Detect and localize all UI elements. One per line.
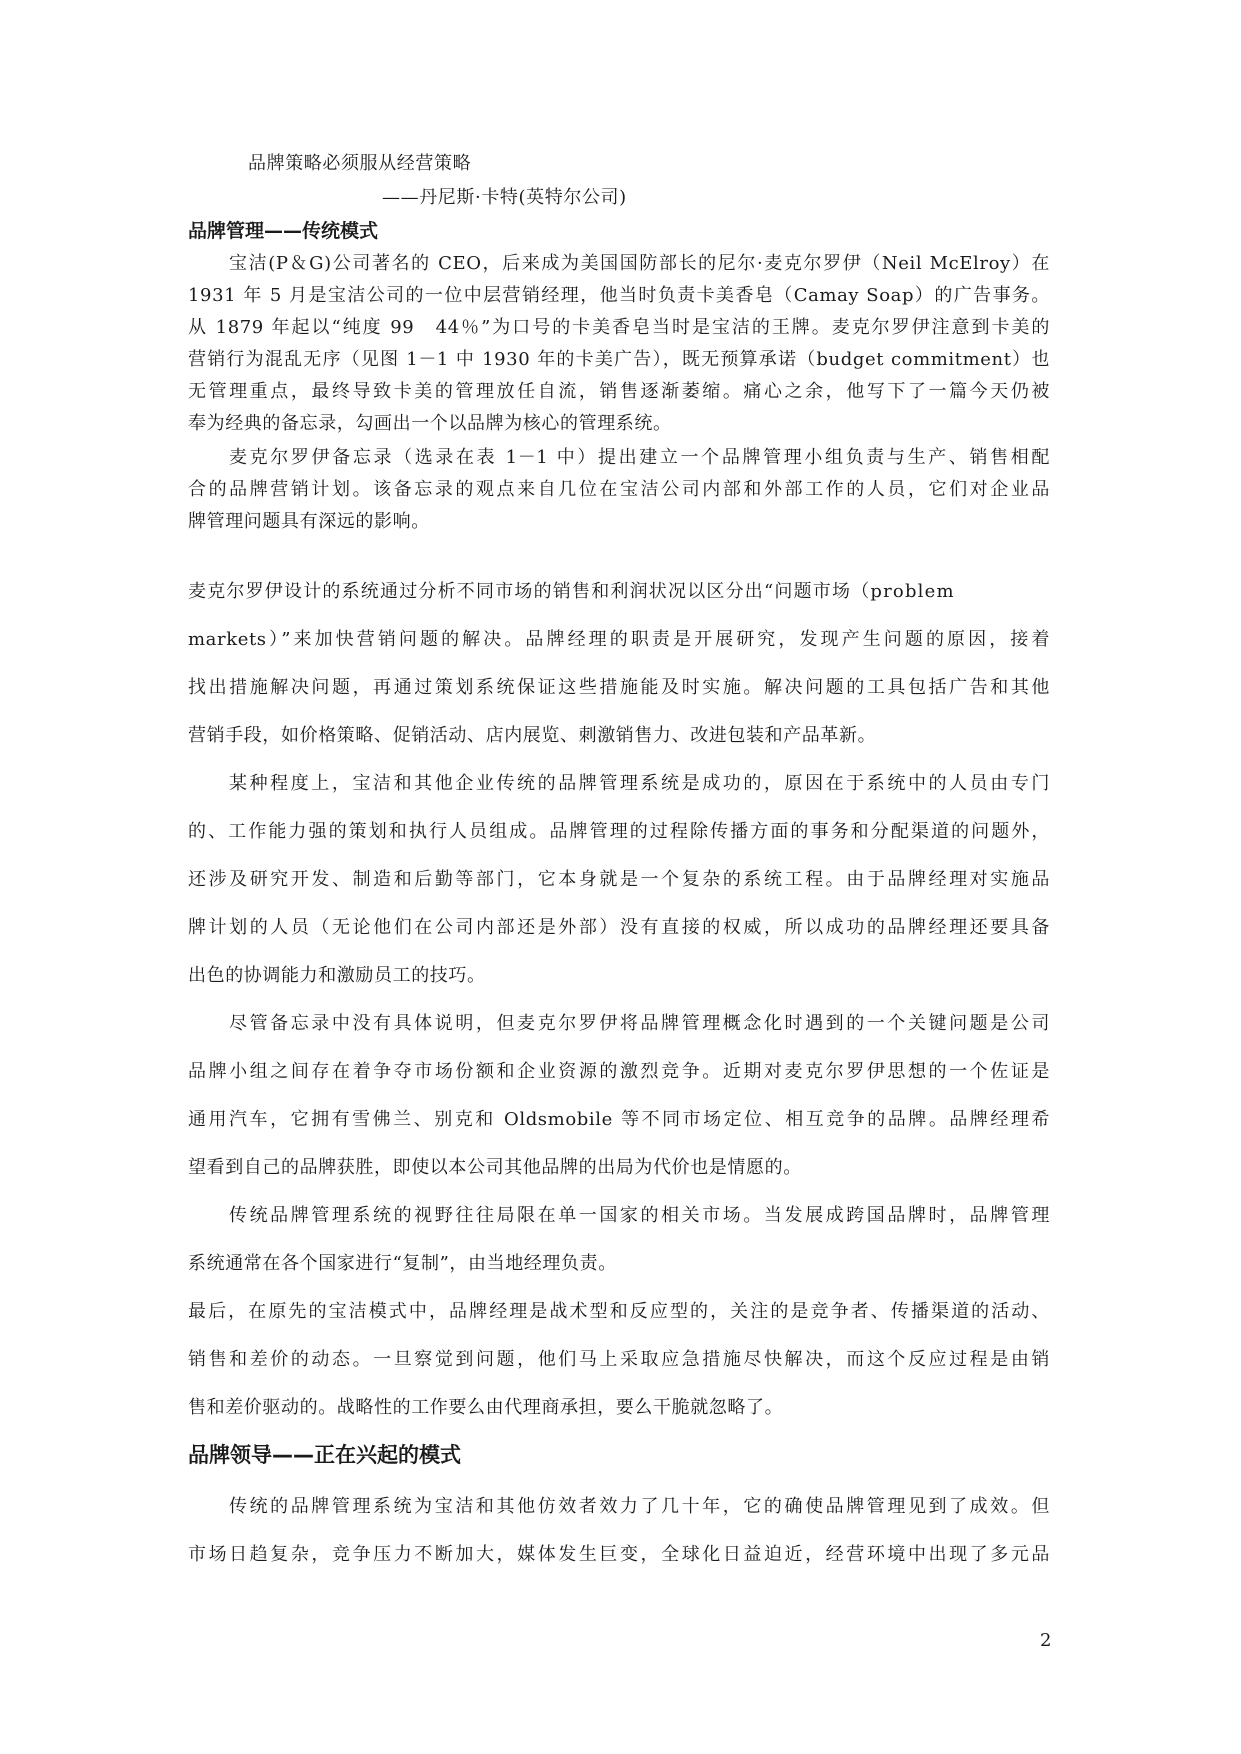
paragraph-line: 找出措施解决问题，再通过策划系统保证这些措施能及时实施。解决问题的工具包括广告和… (188, 676, 1050, 700)
epigraph-attribution: ——丹尼斯·卡特(英特尔公司) (382, 186, 627, 210)
paragraph-line: 售和差价驱动的。战略性的工作要么由代理商承担，要么干脆就忽略了。 (188, 1396, 783, 1420)
paragraph-line: 品牌小组之间存在着争夺市场份额和企业资源的激烈竞争。近期对麦克尔罗伊思想的一个佐… (188, 1060, 1050, 1084)
paragraph-line: 还涉及研究开发、制造和后勤等部门，它本身就是一个复杂的系统工程。由于品牌经理对实… (188, 868, 1050, 892)
paragraph-line: 望看到自己的品牌获胜，即使以本公司其他品牌的出局为代价也是情愿的。 (188, 1156, 802, 1180)
paragraph-line: 市场日趋复杂，竞争压力不断加大，媒体发生巨变，全球化日益迫近，经营环境中出现了多… (188, 1543, 1050, 1567)
paragraph-line: markets）”来加快营销问题的解决。品牌经理的职责是开展研究，发现产生问题的… (188, 628, 1050, 652)
paragraph-line: 营销手段，如价格策略、促销活动、店内展览、刺激销售力、改进包装和产品革新。 (188, 724, 876, 748)
paragraph-line: 麦克尔罗伊设计的系统通过分析不同市场的销售和利润状况以区分出“问题市场（prob… (188, 580, 955, 604)
paragraph-line: 麦克尔罗伊备忘录（选录在表 1－1 中）提出建立一个品牌管理小组负责与生产、销售… (229, 446, 1050, 470)
epigraph-quote: 品牌策略必须服从经营策略 (248, 152, 471, 176)
section-heading-brand-leadership: 品牌领导——正在兴起的模式 (188, 1443, 461, 1467)
document-page: 品牌策略必须服从经营策略 ——丹尼斯·卡特(英特尔公司) 品牌管理——传统模式 … (0, 0, 1241, 1754)
paragraph-line: 的、工作能力强的策划和执行人员组成。品牌管理的过程除传播方面的事务和分配渠道的问… (188, 820, 1050, 844)
paragraph-line: 1931 年 5 月是宝洁公司的一位中层营销经理，他当时负责卡美香皂（Camay… (188, 284, 1050, 308)
paragraph-line: 牌管理问题具有深远的影响。 (188, 510, 430, 534)
paragraph-line: 无管理重点，最终导致卡美的管理放任自流，销售逐渐萎缩。痛心之余，他写下了一篇今天… (188, 380, 1050, 404)
paragraph-line: 系统通常在各个国家进行“复制”，由当地经理负责。 (188, 1252, 617, 1276)
paragraph-line: 出色的协调能力和激励员工的技巧。 (188, 964, 486, 988)
paragraph-line: 奉为经典的备忘录，勾画出一个以品牌为核心的管理系统。 (188, 412, 672, 436)
paragraph-line: 最后，在原先的宝洁模式中，品牌经理是战术型和反应型的，关注的是竞争者、传播渠道的… (188, 1300, 1050, 1324)
paragraph-line: 牌计划的人员（无论他们在公司内部还是外部）没有直接的权威，所以成功的品牌经理还要… (188, 916, 1050, 940)
paragraph-line: 传统品牌管理系统的视野往往局限在单一国家的相关市场。当发展成跨国品牌时，品牌管理 (229, 1204, 1050, 1228)
section-heading-traditional-model: 品牌管理——传统模式 (188, 219, 378, 243)
page-number: 2 (1040, 1630, 1051, 1651)
paragraph-line: 宝洁(P＆G)公司著名的 CEO，后来成为美国国防部长的尼尔·麦克尔罗伊（Nei… (229, 252, 1050, 276)
paragraph-line: 合的品牌营销计划。该备忘录的观点来自几位在宝洁公司内部和外部工作的人员，它们对企… (188, 478, 1050, 502)
paragraph-line: 从 1879 年起以“纯度 99 44％”为口号的卡美香皂当时是宝洁的王牌。麦克… (188, 316, 1050, 340)
paragraph-line: 尽管备忘录中没有具体说明，但麦克尔罗伊将品牌管理概念化时遇到的一个关键问题是公司 (229, 1012, 1050, 1036)
paragraph-line: 通用汽车，它拥有雪佛兰、别克和 Oldsmobile 等不同市场定位、相互竞争的… (188, 1108, 1050, 1132)
paragraph-line: 传统的品牌管理系统为宝洁和其他仿效者效力了几十年，它的确使品牌管理见到了成效。但 (229, 1495, 1050, 1519)
paragraph-line: 营销行为混乱无序（见图 1－1 中 1930 年的卡美广告），既无预算承诺（bu… (188, 348, 1050, 372)
paragraph-line: 销售和差价的动态。一旦察觉到问题，他们马上采取应急措施尽快解决，而这个反应过程是… (188, 1348, 1050, 1372)
paragraph-line: 某种程度上，宝洁和其他企业传统的品牌管理系统是成功的，原因在于系统中的人员由专门 (229, 772, 1050, 796)
